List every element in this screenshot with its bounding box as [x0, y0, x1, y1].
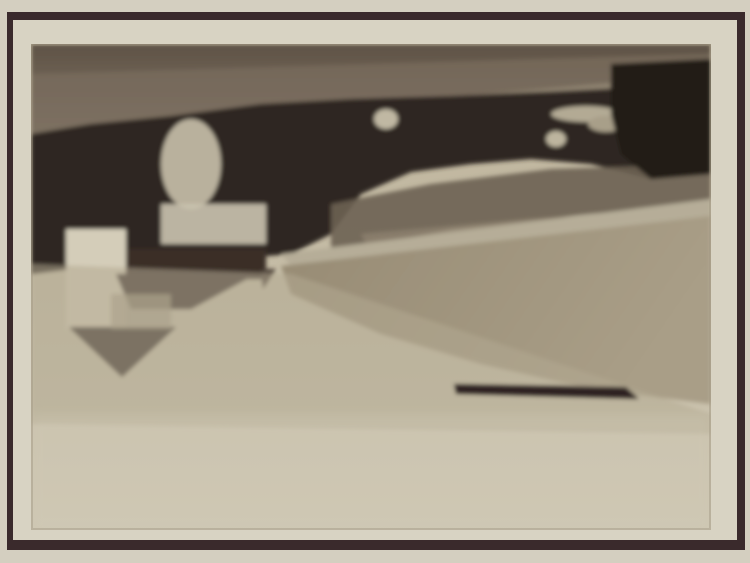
background-wall: [0, 0, 750, 563]
sepia-photograph: [31, 44, 711, 530]
photo-scene: [31, 44, 711, 530]
